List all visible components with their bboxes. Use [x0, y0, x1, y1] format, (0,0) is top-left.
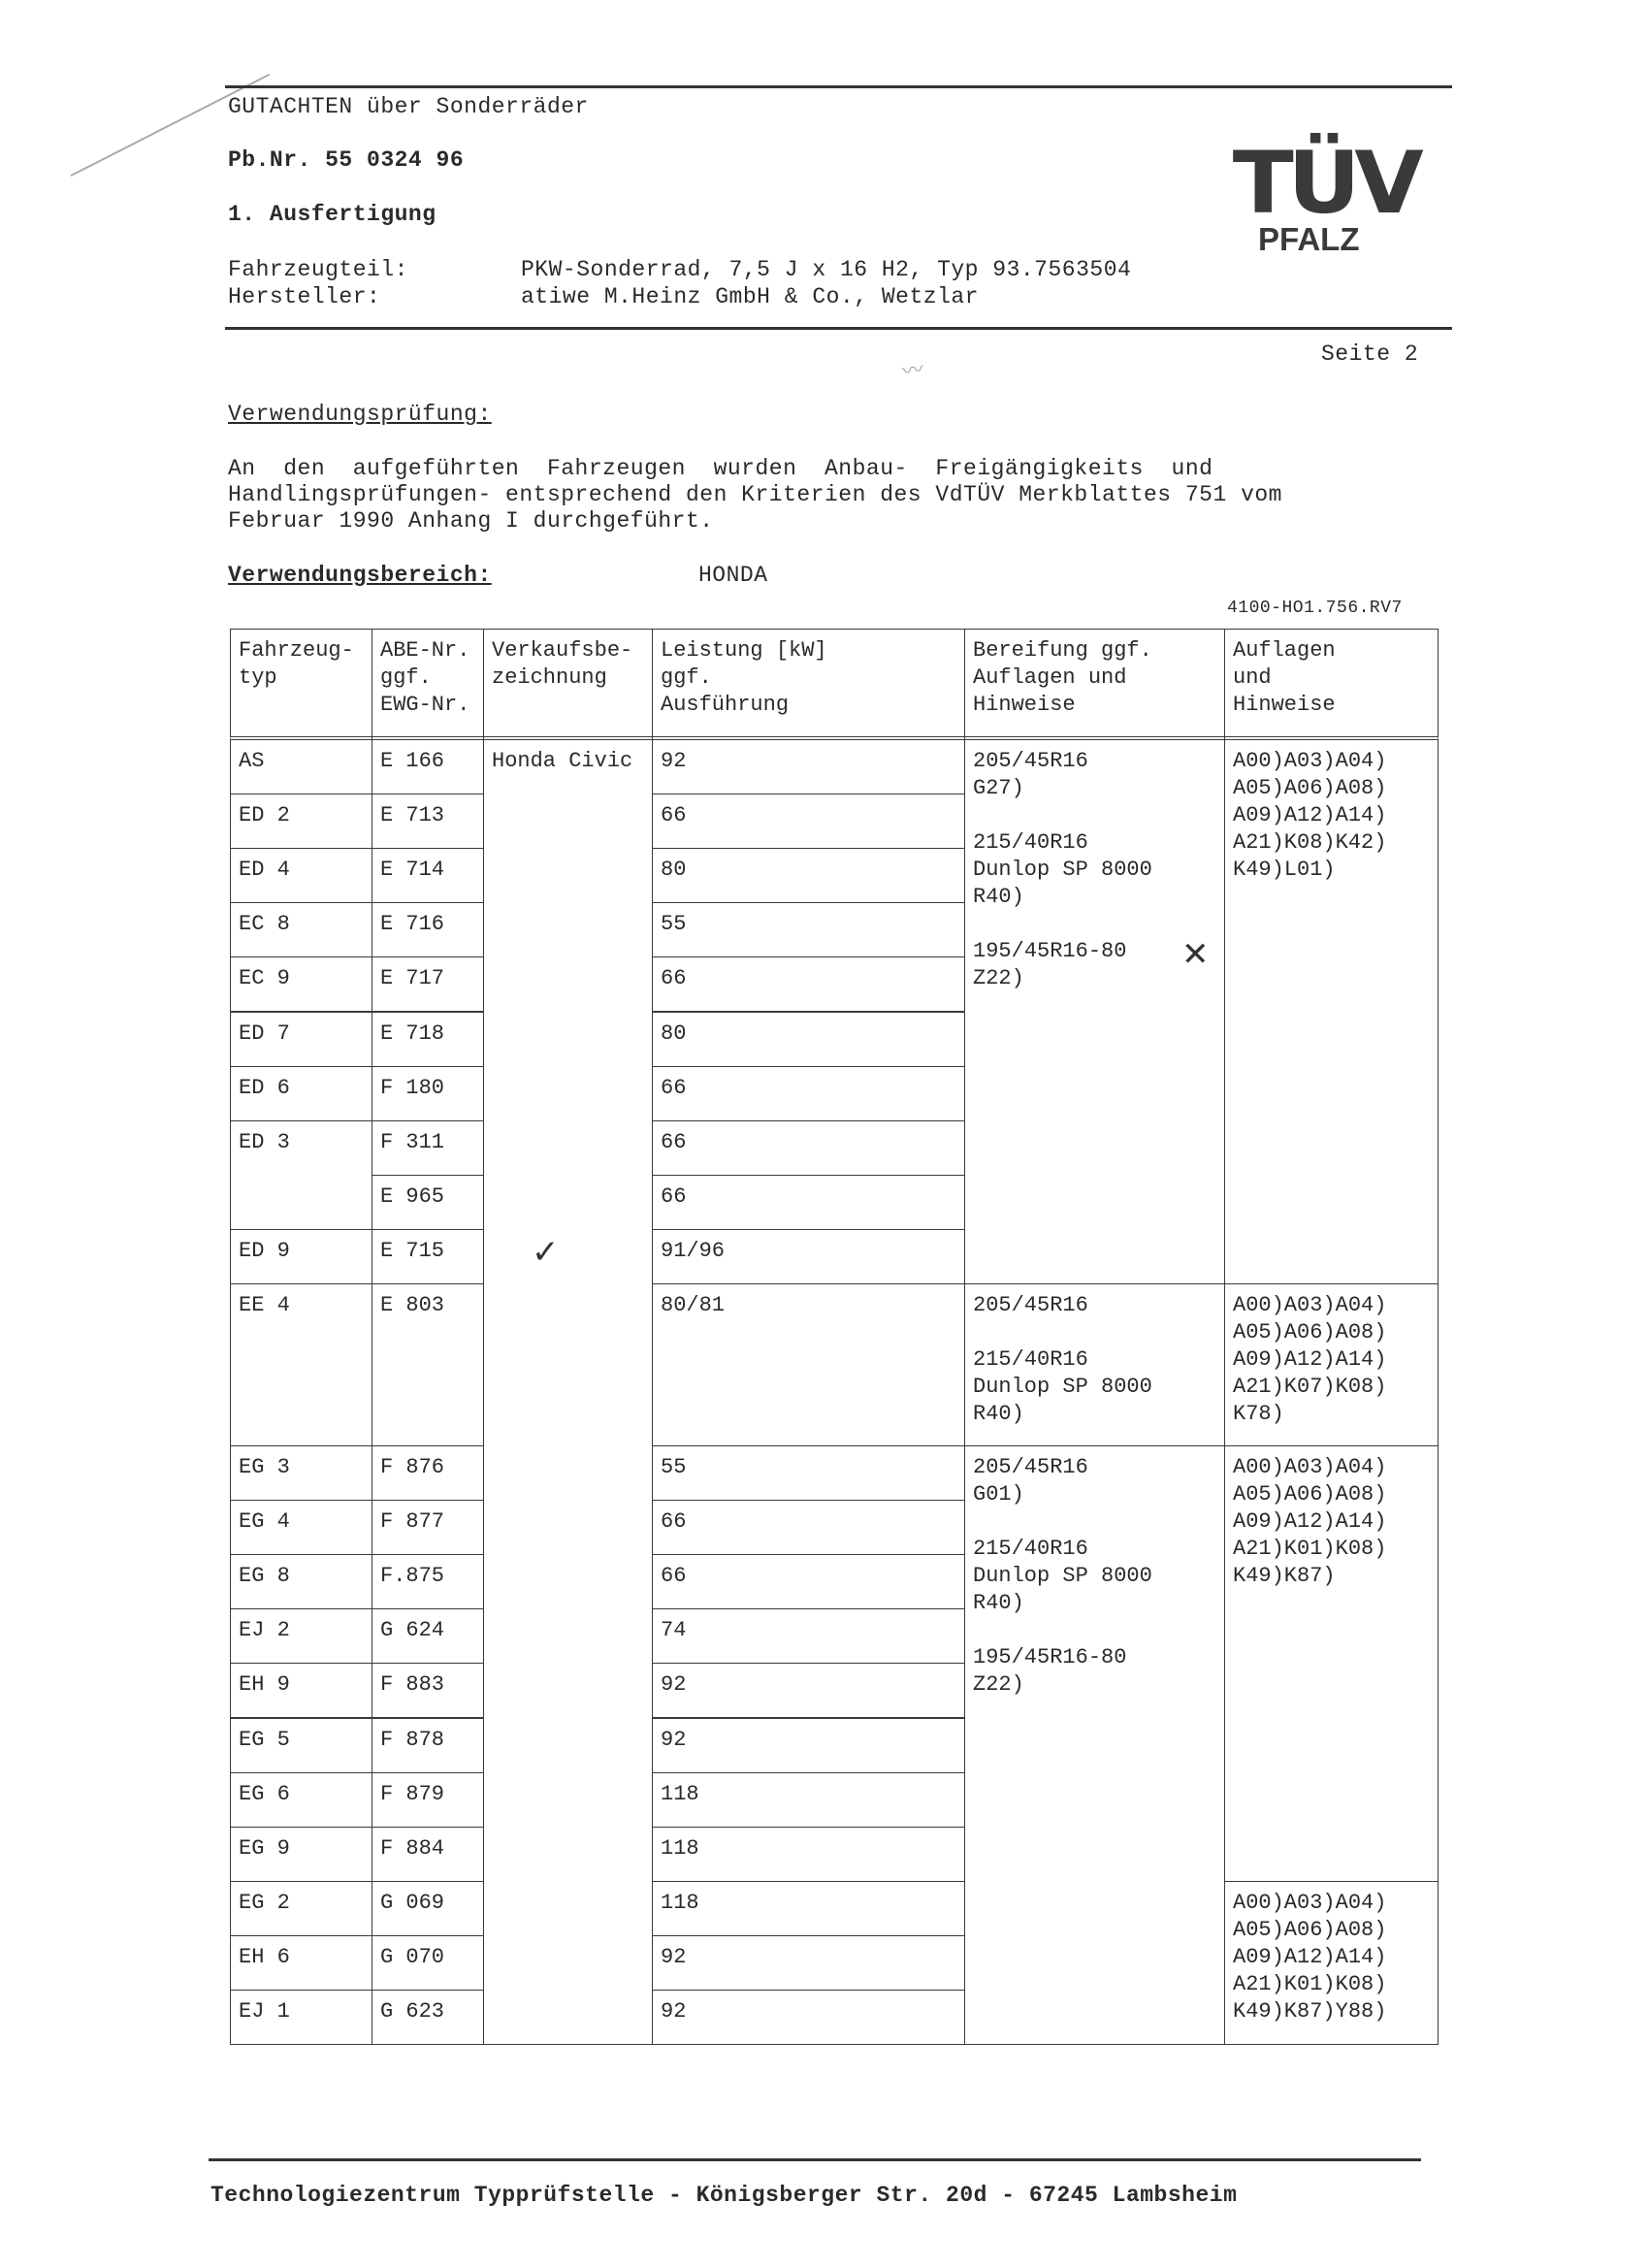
cell-bereifung: 205/45R16 215/40R16 Dunlop SP 8000 R40): [964, 1283, 1225, 1446]
footer-address: Technologiezentrum Typprüfstelle - König…: [210, 2183, 1237, 2208]
manufacturer-value: atiwe M.Heinz GmbH & Co., Wetzlar: [521, 284, 979, 309]
section-heading-verwendungsbereich: Verwendungsbereich:: [228, 563, 492, 588]
cell-abe-nr: F 878: [372, 1718, 484, 1773]
footer-rule: [209, 2158, 1421, 2161]
cell-leistung-kw: 80/81: [652, 1283, 965, 1446]
cell-fahrzeugtyp: EC 9: [230, 956, 372, 1012]
cell-leistung-kw: 66: [652, 1120, 965, 1176]
handwritten-scribble: 〰: [900, 353, 925, 386]
cell-leistung-kw: 55: [652, 902, 965, 957]
cell-fahrzeugtyp: EG 4: [230, 1500, 372, 1555]
cell-abe-nr: E 714: [372, 848, 484, 903]
cell-leistung-kw: 80: [652, 1012, 965, 1067]
section-heading-verwendungspruefung: Verwendungsprüfung:: [228, 402, 492, 427]
cell-fahrzeugtyp: EE 4: [230, 1283, 372, 1446]
cell-abe-nr: E 718: [372, 1012, 484, 1067]
vehicle-part-value: PKW-Sonderrad, 7,5 J x 16 H2, Typ 93.756…: [521, 257, 1131, 282]
cell-abe-nr: E 803: [372, 1283, 484, 1446]
cell-fahrzeugtyp: EG 3: [230, 1445, 372, 1501]
cell-verkaufsbezeichnung: Honda Civic: [483, 739, 653, 2045]
cell-abe-nr: E 965: [372, 1175, 484, 1230]
cell-fahrzeugtyp: EG 9: [230, 1827, 372, 1882]
cell-abe-nr: E 717: [372, 956, 484, 1012]
cell-leistung-kw: 92: [652, 1663, 965, 1718]
cell-fahrzeugtyp: EJ 1: [230, 1990, 372, 2045]
intro-paragraph-line-3: Februar 1990 Anhang I durchgeführt.: [228, 508, 714, 534]
cell-bereifung: 205/45R16 G01) 215/40R16 Dunlop SP 8000 …: [964, 1445, 1225, 2045]
tuv-logo-text: TÜV: [1233, 146, 1406, 221]
header-bottom-rule: [225, 327, 1452, 330]
table-header-cell: Leistung [kW] ggf. Ausführung: [652, 629, 965, 740]
table-header-cell: Auflagen und Hinweise: [1224, 629, 1439, 740]
cell-leistung-kw: 66: [652, 1066, 965, 1121]
cell-abe-nr: F 311: [372, 1120, 484, 1176]
cell-bereifung: 205/45R16 G27) 215/40R16 Dunlop SP 8000 …: [964, 739, 1225, 1284]
document-code: 4100-HO1.756.RV7: [1227, 599, 1403, 618]
cell-abe-nr: E 166: [372, 739, 484, 794]
copy-number: 1. Ausfertigung: [228, 202, 436, 227]
cell-fahrzeugtyp: ED 7: [230, 1012, 372, 1067]
document-title: GUTACHTEN über Sonderräder: [228, 94, 589, 119]
cell-leistung-kw: 80: [652, 848, 965, 903]
header-top-rule: [225, 85, 1452, 88]
cell-fahrzeugtyp: ED 6: [230, 1066, 372, 1121]
test-report-number: Pb.Nr. 55 0324 96: [228, 147, 464, 173]
vehicle-make: HONDA: [698, 563, 768, 588]
cell-leistung-kw: 92: [652, 1718, 965, 1773]
table-header-cell: Bereifung ggf. Auflagen und Hinweise: [964, 629, 1225, 740]
cell-auflagen: A00)A03)A04) A05)A06)A08) A09)A12)A14) A…: [1224, 1881, 1439, 2045]
cell-abe-nr: F 883: [372, 1663, 484, 1718]
intro-paragraph-line-1: An den aufgeführten Fahrzeugen wurden An…: [228, 456, 1212, 481]
cell-fahrzeugtyp: ED 9: [230, 1229, 372, 1284]
cell-leistung-kw: 91/96: [652, 1229, 965, 1284]
cell-abe-nr: F 180: [372, 1066, 484, 1121]
cell-abe-nr: G 624: [372, 1608, 484, 1664]
cell-auflagen: A00)A03)A04) A05)A06)A08) A09)A12)A14) A…: [1224, 739, 1439, 1284]
cell-abe-nr: E 716: [372, 902, 484, 957]
cell-fahrzeugtyp: ED 4: [230, 848, 372, 903]
cell-abe-nr: F 877: [372, 1500, 484, 1555]
cell-leistung-kw: 66: [652, 1500, 965, 1555]
table-header-cell: ABE-Nr. ggf. EWG-Nr.: [372, 629, 484, 740]
handwritten-check-mark: ✓: [532, 1233, 560, 1272]
cell-leistung-kw: 74: [652, 1608, 965, 1664]
cell-fahrzeugtyp: EG 8: [230, 1554, 372, 1609]
cell-leistung-kw: 92: [652, 739, 965, 794]
cell-leistung-kw: 118: [652, 1881, 965, 1936]
cell-leistung-kw: 66: [652, 794, 965, 849]
cell-leistung-kw: 66: [652, 1175, 965, 1230]
cell-abe-nr: E 713: [372, 794, 484, 849]
cell-fahrzeugtyp: EC 8: [230, 902, 372, 957]
cell-leistung-kw: 118: [652, 1827, 965, 1882]
cell-fahrzeugtyp: EH 6: [230, 1935, 372, 1991]
cell-leistung-kw: 92: [652, 1935, 965, 1991]
cell-abe-nr: G 070: [372, 1935, 484, 1991]
cell-auflagen: A00)A03)A04) A05)A06)A08) A09)A12)A14) A…: [1224, 1445, 1439, 1882]
table-header-cell: Verkaufsbe- zeichnung: [483, 629, 653, 740]
vehicle-part-label: Fahrzeugteil:: [228, 257, 408, 282]
cell-leistung-kw: 66: [652, 956, 965, 1012]
cell-auflagen: A00)A03)A04) A05)A06)A08) A09)A12)A14) A…: [1224, 1283, 1439, 1446]
tuv-pfalz-logo: TÜV PFALZ: [1237, 146, 1402, 276]
cell-leistung-kw: 92: [652, 1990, 965, 2045]
cell-fahrzeugtyp: EG 6: [230, 1772, 372, 1828]
page-number: Seite 2: [1321, 341, 1418, 367]
cell-abe-nr: F 884: [372, 1827, 484, 1882]
manufacturer-label: Hersteller:: [228, 284, 380, 309]
cell-fahrzeugtyp: EJ 2: [230, 1608, 372, 1664]
cell-fahrzeugtyp: ED 2: [230, 794, 372, 849]
cell-abe-nr: F 879: [372, 1772, 484, 1828]
cell-leistung-kw: 66: [652, 1554, 965, 1609]
cell-abe-nr: G 623: [372, 1990, 484, 2045]
cell-fahrzeugtyp: AS: [230, 739, 372, 794]
cell-abe-nr: G 069: [372, 1881, 484, 1936]
cell-abe-nr: E 715: [372, 1229, 484, 1284]
cell-fahrzeugtyp: EG 2: [230, 1881, 372, 1936]
cell-fahrzeugtyp: EH 9: [230, 1663, 372, 1718]
table-header-cell: Fahrzeug- typ: [230, 629, 372, 740]
intro-paragraph-line-2: Handlingsprüfungen- entsprechend den Kri…: [228, 482, 1282, 507]
cell-fahrzeugtyp: EG 5: [230, 1718, 372, 1773]
cell-leistung-kw: 55: [652, 1445, 965, 1501]
cell-abe-nr: F 876: [372, 1445, 484, 1501]
cell-abe-nr: F.875: [372, 1554, 484, 1609]
cell-fahrzeugtyp: ED 3: [230, 1120, 372, 1230]
cell-leistung-kw: 118: [652, 1772, 965, 1828]
handwritten-cross-mark: ✕: [1181, 935, 1210, 974]
